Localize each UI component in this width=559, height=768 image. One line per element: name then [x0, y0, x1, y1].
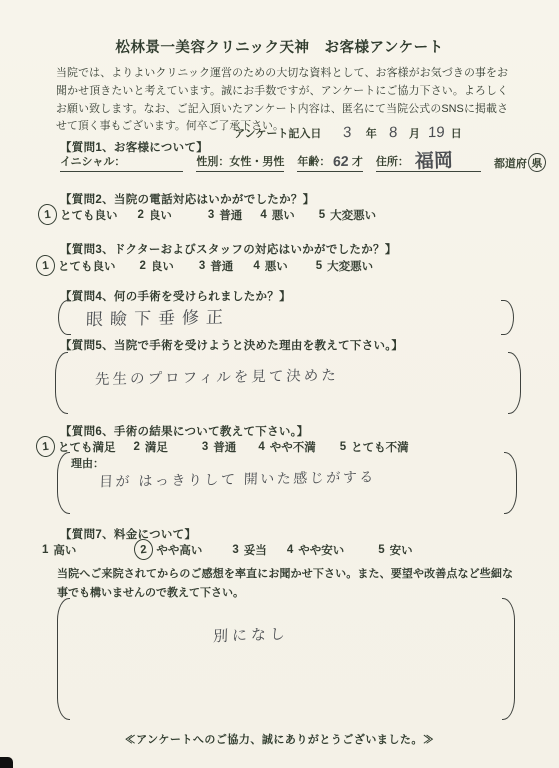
- prefecture-suffix: 都道府 県: [494, 153, 546, 172]
- q2-option-1-label: とても良い: [60, 207, 118, 223]
- q2-option-2-number: 2: [138, 209, 144, 221]
- q7-option-5: 5安い: [378, 542, 412, 558]
- q7-option-1: 1高い: [42, 542, 76, 558]
- initial-field: イニシャル：: [60, 153, 183, 172]
- left-bracket: [58, 300, 71, 335]
- q7-option-3-number: 3: [232, 544, 238, 556]
- date-month-handwritten: 8: [388, 124, 397, 141]
- q6-option-5-number: 5: [340, 441, 346, 453]
- q7-option-4-number: 4: [287, 544, 293, 556]
- question6-handwritten-answer: 目が はっきりして 開いた感じがする: [99, 467, 376, 492]
- age-unit: 才: [352, 153, 363, 169]
- q2-option-5-number: 5: [319, 209, 325, 221]
- address-handwritten: 福岡: [409, 154, 459, 170]
- q2-option-2-label: 良い: [149, 207, 172, 223]
- question4-answer-box: 眼瞼下垂修正: [58, 300, 514, 335]
- reason-label: 理由：: [71, 455, 104, 471]
- q7-option-2: 2やや高い: [134, 539, 202, 560]
- q6-option-3-number: 3: [202, 441, 208, 453]
- question5-answer-box: 先生のプロフィルを見て決めた: [55, 352, 521, 414]
- right-bracket: [502, 598, 515, 720]
- q2-option-3-label: 普通: [219, 207, 242, 223]
- left-bracket: [55, 352, 68, 414]
- q3-option-3-number: 3: [199, 260, 205, 272]
- q2-option-3-number: 3: [208, 209, 214, 221]
- q3-option-3-label: 普通: [210, 258, 233, 274]
- gender-field: 性別：女性・男性: [196, 153, 284, 172]
- scan-corner-artifact: [0, 757, 13, 768]
- gender-label: 性別：女性・男性: [196, 153, 284, 169]
- question5-heading: 【質問5、当院で手術を受けようと決めた理由を教えて下さい。】: [60, 337, 403, 353]
- q3-option-5-number: 5: [316, 260, 322, 272]
- q3-option-4-number: 4: [253, 260, 259, 272]
- q3-option-5: 5大変悪い: [316, 258, 373, 274]
- q3-option-1: 1とても良い: [36, 255, 116, 276]
- address-field: 住所： 福岡: [376, 153, 481, 172]
- q3-option-3: 3普通: [199, 258, 233, 274]
- q2-option-2: 2良い: [138, 207, 172, 223]
- right-bracket: [501, 300, 514, 335]
- q7-option-2-circle: 2: [133, 538, 154, 561]
- q6-option-4-number: 4: [258, 441, 264, 453]
- right-bracket: [504, 452, 517, 514]
- q3-option-2-number: 2: [140, 260, 146, 272]
- date-day-handwritten: 19: [428, 124, 445, 141]
- q3-option-1-circle: 1: [35, 254, 56, 277]
- date-year-handwritten: 3: [343, 124, 352, 141]
- question2-options: 1とても良い 2良い 3普通 4悪い 5大変悪い: [38, 204, 376, 225]
- date-day-unit: 日: [451, 125, 462, 141]
- footer-thanks: ≪アンケートへのご協力、誠にありがとうございました。≫: [0, 731, 559, 747]
- date-entry-line: アンケート記入日 3 年 8 月 19 日: [234, 124, 462, 141]
- initial-label: イニシャル：: [60, 153, 125, 169]
- right-bracket: [508, 352, 521, 414]
- q7-option-1-label: 高い: [53, 542, 76, 558]
- age-label: 年齢：: [297, 153, 330, 169]
- q3-option-4-label: 悪い: [265, 258, 288, 274]
- prefecture-suffix-text: 都道府: [494, 155, 527, 171]
- question7-options: 1高い 2やや高い 3妥当 4やや安い 5安い: [42, 539, 413, 560]
- q3-option-2-label: 良い: [151, 258, 174, 274]
- comment-handwritten-answer: 別になし: [213, 623, 290, 647]
- address-label: 住所：: [376, 153, 409, 169]
- q7-option-3: 3妥当: [232, 542, 266, 558]
- age-handwritten: 62: [330, 153, 352, 169]
- survey-scan-page: 松林景一美容クリニック天神 お客様アンケート 当院では、よりよいクリニック運営の…: [0, 0, 559, 768]
- q7-option-5-number: 5: [378, 544, 384, 556]
- date-label: アンケート記入日: [234, 125, 321, 141]
- q3-option-1-label: とても良い: [58, 258, 116, 274]
- page-title: 松林景一美容クリニック天神 お客様アンケート: [0, 36, 559, 57]
- q3-option-4: 4悪い: [253, 258, 287, 274]
- q2-option-4-label: 悪い: [272, 207, 295, 223]
- q3-option-2: 2良い: [140, 258, 174, 274]
- comment-prompt: 当院へご来院されてからのご感想を率直にお聞かせ下さい。また、要望や改善点など些細…: [57, 565, 513, 602]
- date-month-unit: 月: [409, 125, 420, 141]
- date-year-unit: 年: [366, 125, 377, 141]
- question4-handwritten-answer: 眼瞼下垂修正: [86, 303, 231, 331]
- age-field: 年齢： 62 才: [297, 153, 363, 172]
- left-bracket: [57, 598, 70, 720]
- q7-option-2-label: やや高い: [156, 542, 202, 558]
- q2-option-3: 3普通: [208, 207, 242, 223]
- q6-option-2-number: 2: [134, 441, 140, 453]
- question6-reason-box: 理由： 目が はっきりして 開いた感じがする: [57, 452, 517, 514]
- q7-option-5-label: 安い: [390, 542, 413, 558]
- q2-option-4: 4悪い: [260, 207, 294, 223]
- q2-option-5-label: 大変悪い: [330, 207, 376, 223]
- prefecture-circled-char: 県: [527, 152, 546, 172]
- question5-handwritten-answer: 先生のプロフィルを見て決めた: [95, 364, 340, 389]
- q7-option-4: 4やや安い: [287, 542, 344, 558]
- question1-fields: イニシャル： 性別：女性・男性 年齢： 62 才 住所： 福岡 都道府 県: [60, 153, 546, 172]
- q6-option-1-circle: 1: [35, 435, 56, 458]
- q7-option-4-label: やや安い: [298, 542, 344, 558]
- q7-option-3-label: 妥当: [244, 542, 267, 558]
- left-bracket: [57, 452, 70, 514]
- q7-option-1-number: 1: [42, 544, 48, 556]
- q2-option-4-number: 4: [260, 209, 266, 221]
- q2-option-1-circle: 1: [37, 203, 58, 226]
- comment-answer-box: 別になし: [57, 598, 515, 720]
- question3-options: 1とても良い 2良い 3普通 4悪い 5大変悪い: [36, 255, 373, 276]
- q3-option-5-label: 大変悪い: [327, 258, 373, 274]
- q2-option-5: 5大変悪い: [319, 207, 376, 223]
- q2-option-1: 1とても良い: [38, 204, 118, 225]
